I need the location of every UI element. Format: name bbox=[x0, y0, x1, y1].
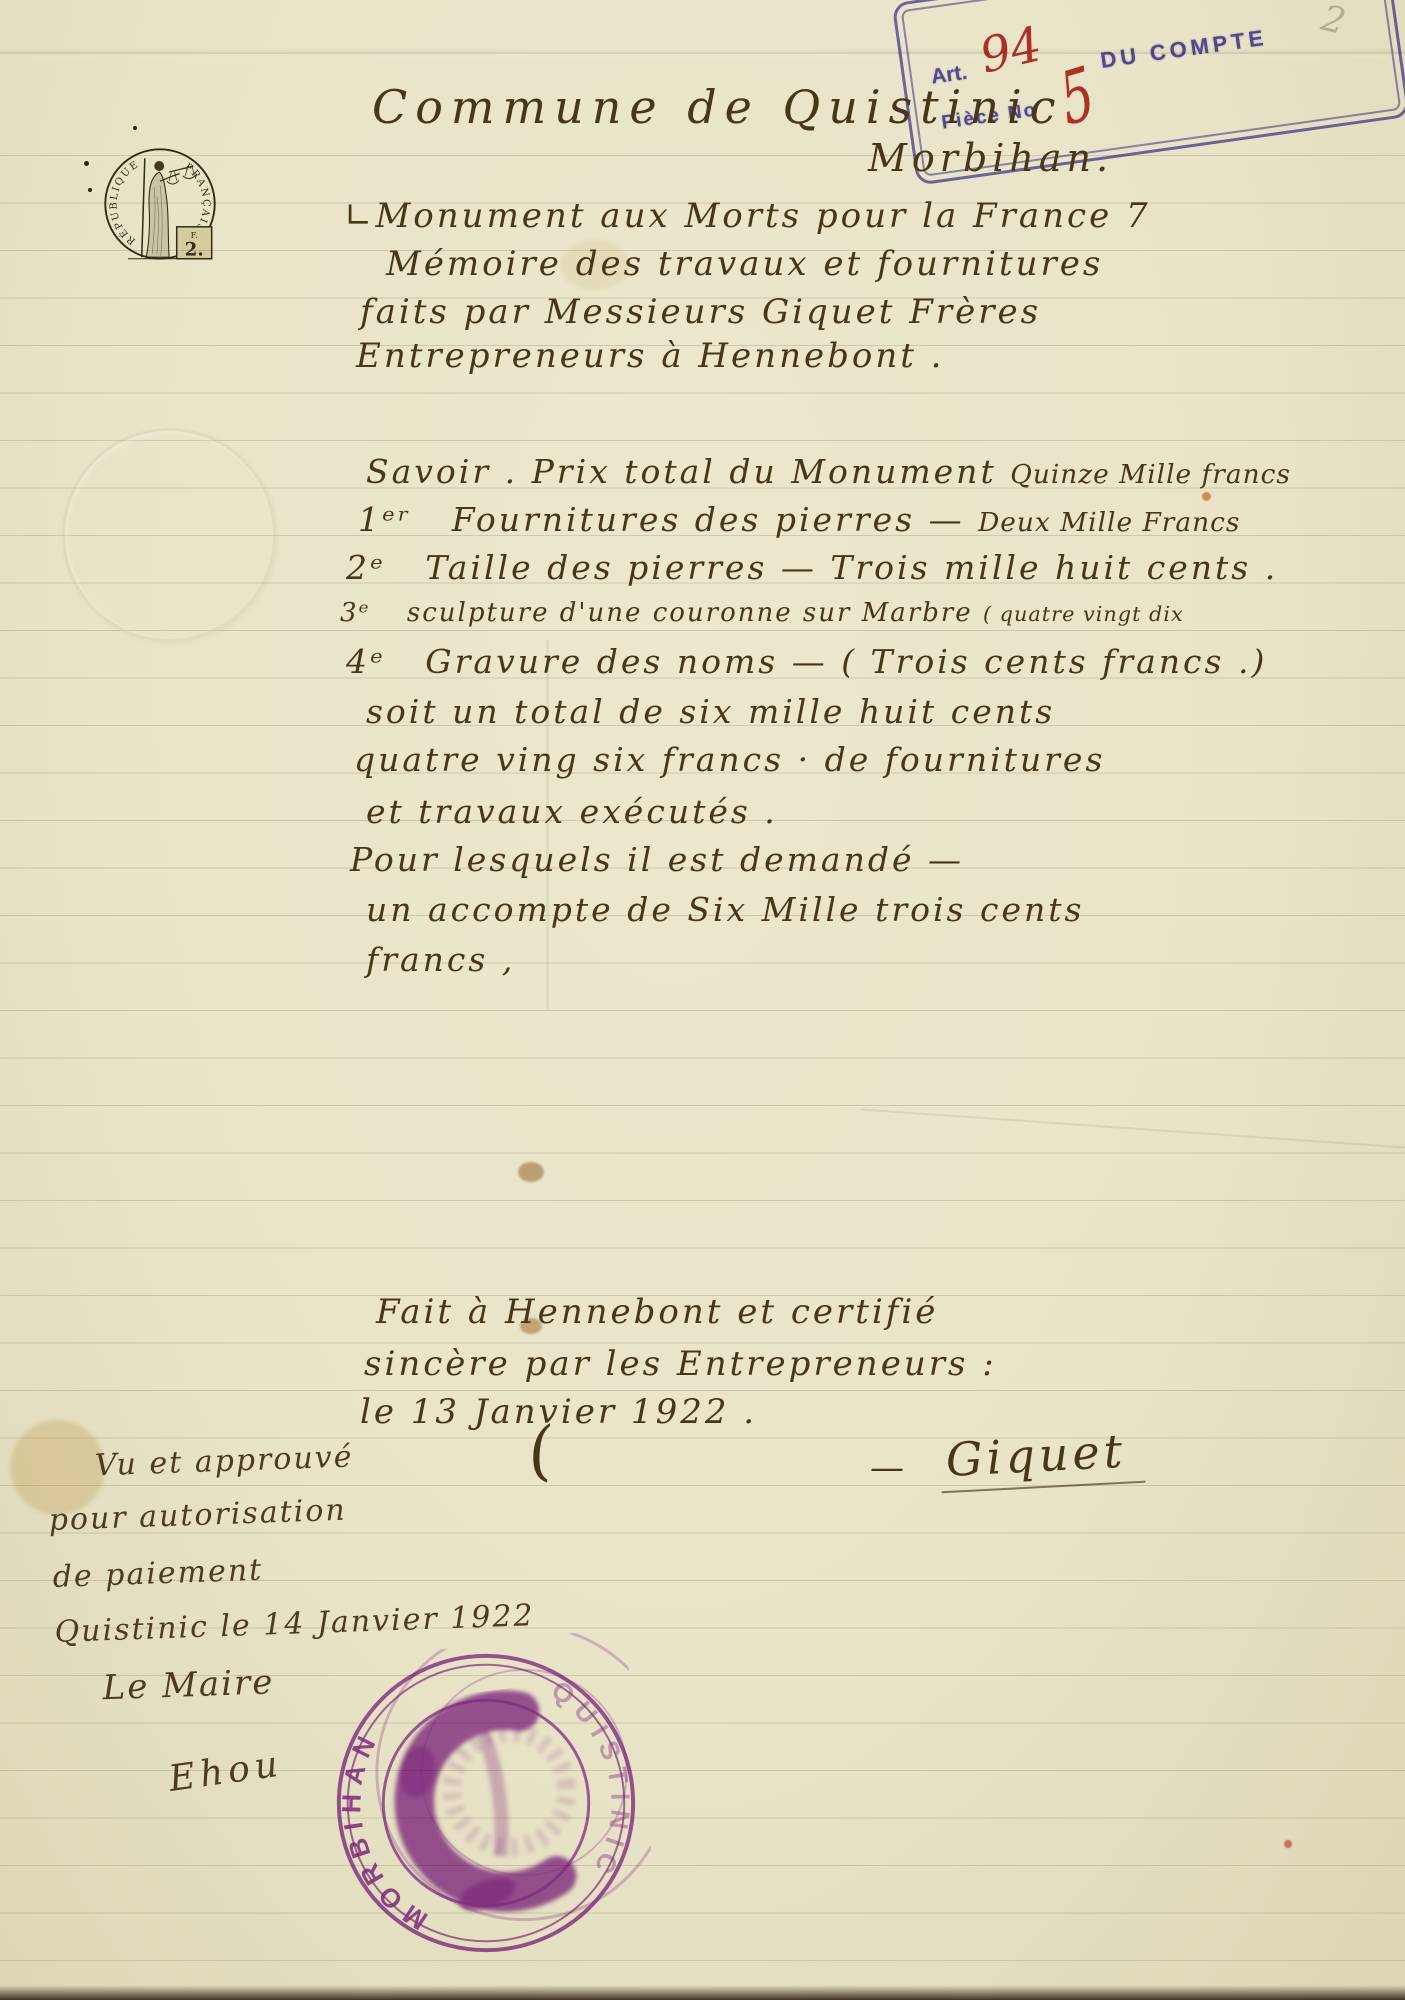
item-2-number: 2ᵉ bbox=[346, 548, 386, 587]
mairie-round-stamp: MORBIHAN QUISTINIC bbox=[310, 1627, 662, 1979]
round-stamp-ink-blob bbox=[387, 1703, 581, 1923]
denom-value: 2. bbox=[185, 240, 204, 261]
denom-label: F. bbox=[191, 230, 198, 240]
archive-stamp-art-number: 94 bbox=[975, 16, 1047, 84]
item-1-amount: Deux Mille Francs bbox=[978, 507, 1240, 538]
approval-line-4: Quistinic le 14 Janvier 1922 bbox=[54, 1598, 535, 1650]
signature-dash: — bbox=[870, 1448, 907, 1488]
total-line-4: Pour lesquels il est demandé — bbox=[350, 840, 964, 879]
manuscript-page: Art. 94 DU COMPTE Pièce No 5 2 RÉPUBLIQU… bbox=[0, 0, 1405, 2000]
total-line-3: et travaux exécutés . bbox=[366, 792, 778, 831]
item-4-number: 4ᵉ bbox=[346, 642, 386, 681]
stain bbox=[518, 1162, 544, 1182]
item-2-text: Taille des pierres — Trois mille huit ce… bbox=[425, 548, 1278, 587]
stain bbox=[1284, 1840, 1292, 1848]
header-line-2: Mémoire des travaux et fournitures bbox=[386, 244, 1103, 284]
approval-line-2: pour autorisation bbox=[48, 1486, 529, 1538]
fold-crease-diagonal bbox=[861, 1108, 1405, 1149]
header-line-1: ∟Monument aux Morts pour la France 7 bbox=[344, 196, 1151, 236]
fiscal-stamp-denomination: F. 2. bbox=[177, 227, 212, 261]
archive-stamp-compte-label: DU COMPTE bbox=[1099, 25, 1269, 74]
total-line-6: francs , bbox=[366, 940, 515, 979]
contractor-signature: Giquet bbox=[939, 1423, 1146, 1494]
ruled-lines bbox=[0, 155, 1405, 1995]
item-4-text: Gravure des noms — ( Trois cents francs … bbox=[425, 642, 1267, 681]
item-3-amount: ( quatre vingt dix bbox=[983, 602, 1184, 626]
item-3-number: 3ᵉ bbox=[340, 598, 371, 628]
closing-line-1: Fait à Hennebont et certifié bbox=[376, 1292, 938, 1332]
item-line-2: 2ᵉ Taille des pierres — Trois mille huit… bbox=[346, 548, 1278, 587]
approval-line-3: de paiement bbox=[52, 1543, 533, 1595]
approval-block: Vu et approuvé pour autorisation de paie… bbox=[36, 1434, 524, 1672]
item-line-3: 3ᵉ sculpture d'une couronne sur Marbre (… bbox=[340, 598, 1184, 628]
item-1-number: 1ᵉʳ bbox=[358, 500, 412, 539]
item-line-4: 4ᵉ Gravure des noms — ( Trois cents fran… bbox=[346, 642, 1267, 681]
document-title: Commune de Quistinic bbox=[372, 80, 1063, 134]
item-line-1: 1ᵉʳ Fournitures des pierres — Deux Mille… bbox=[358, 500, 1240, 539]
scan-bottom-edge bbox=[0, 1985, 1405, 2000]
approval-line-1: Vu et approuvé bbox=[94, 1432, 575, 1484]
fiscal-stamp-graphic: RÉPUBLIQUE FRANÇAISE bbox=[84, 128, 236, 280]
closing-line-3: le 13 Janvier 1922 . bbox=[360, 1392, 757, 1432]
total-line-1: soit un total de six mille huit cents bbox=[366, 692, 1055, 731]
item-1-text: Fournitures des pierres — bbox=[452, 500, 965, 539]
fiscal-stamp: RÉPUBLIQUE FRANÇAISE bbox=[84, 128, 236, 280]
closing-line-2: sincère par les Entrepreneurs : bbox=[364, 1344, 997, 1384]
mairie-round-stamp-graphic: MORBIHAN QUISTINIC bbox=[310, 1627, 662, 1979]
header-line-4: Entrepreneurs à Hennebont . bbox=[356, 336, 945, 376]
header-line-3: faits par Messieurs Giquet Frères bbox=[360, 292, 1041, 332]
item-3-text: sculpture d'une couronne sur Marbre bbox=[407, 598, 973, 628]
embossed-seal bbox=[62, 428, 276, 642]
total-line-2: quatre ving six francs · de fournitures bbox=[354, 740, 1105, 779]
savoir-line: Savoir . Prix total du Monument Quinze M… bbox=[366, 452, 1291, 491]
savoir-tail: Quinze Mille francs bbox=[1010, 459, 1291, 490]
savoir-main: Savoir . Prix total du Monument bbox=[366, 452, 997, 491]
total-line-5: un accompte de Six Mille trois cents bbox=[366, 890, 1084, 929]
document-subtitle: Morbihan. bbox=[868, 136, 1113, 180]
